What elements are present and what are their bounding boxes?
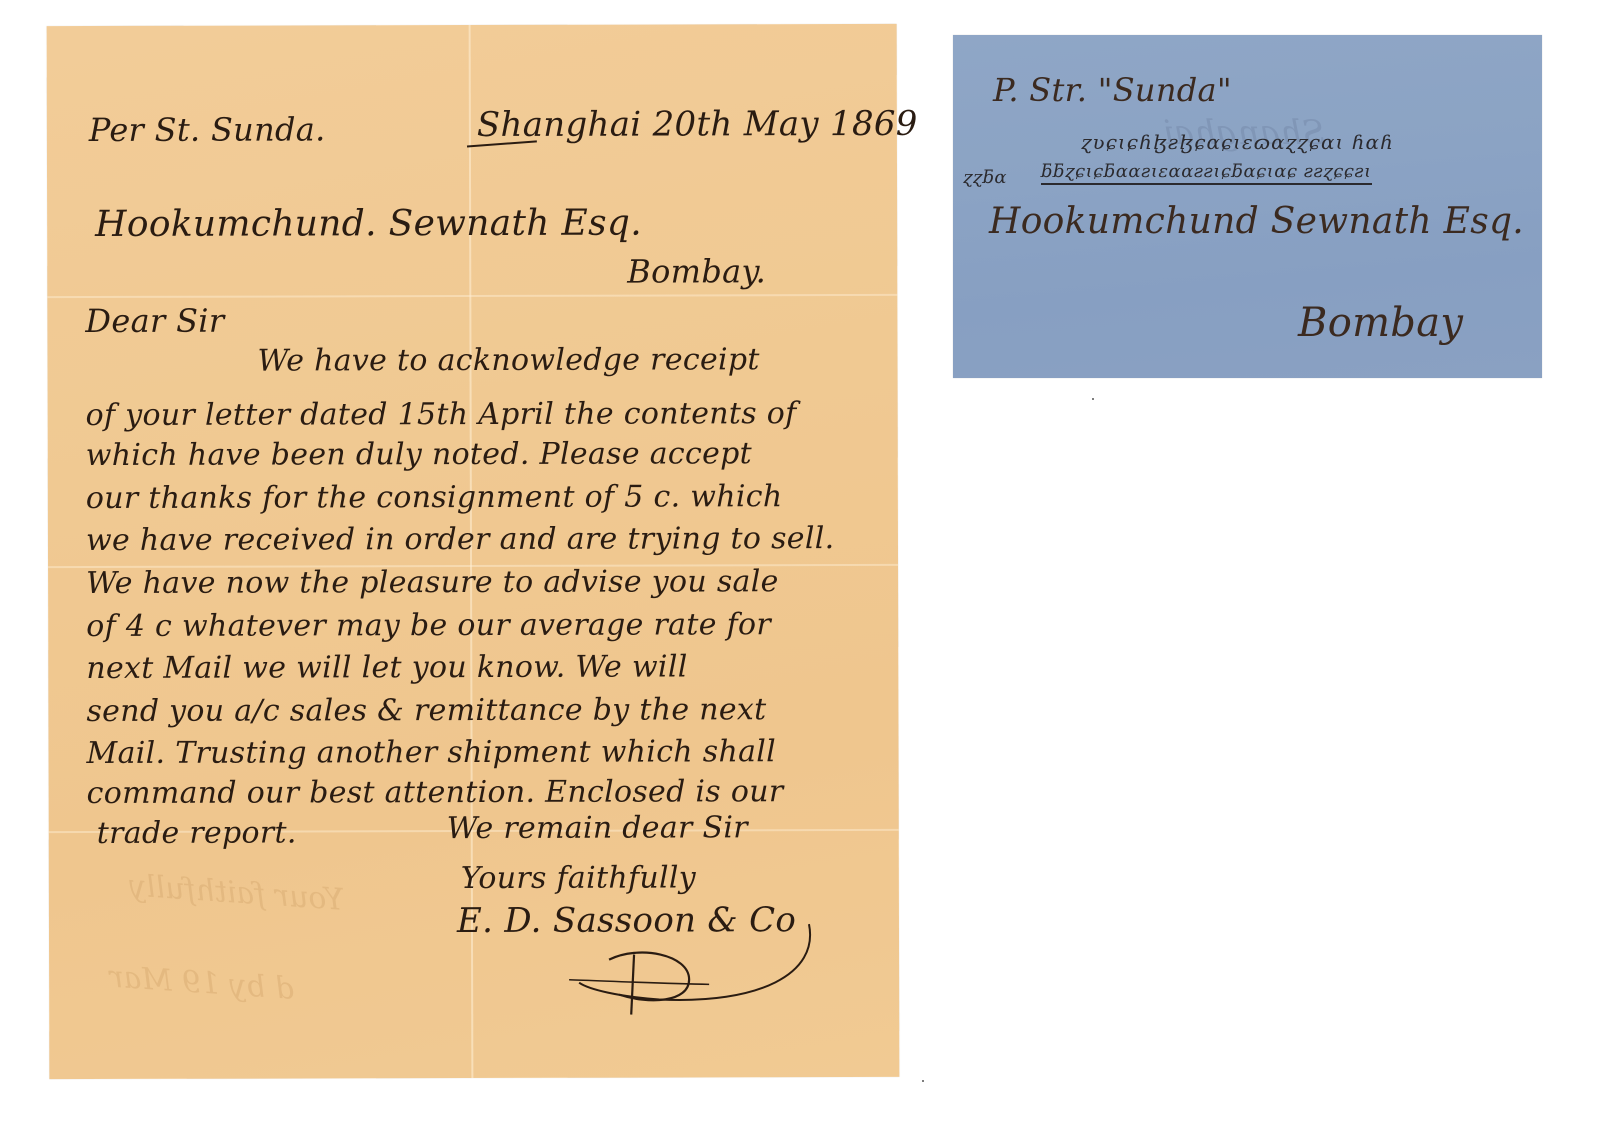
envelope-script-line: ƃƃɀɕɩɕƃɑɑƨɩɛɑɑƨƨɩɕƃɑɕɩɑɕ ƨƨɀɕɕƨɩ (1041, 161, 1372, 185)
signature-flourish-icon (539, 884, 819, 1025)
letter-salutation: Dear Sir (85, 302, 224, 340)
envelope-side-mark: ɀɀƃɑ (963, 167, 1007, 188)
letter-body-line: command our best attention. Enclosed is … (87, 774, 784, 811)
letter-body-line: trade report. (97, 815, 297, 851)
speck (922, 1080, 924, 1082)
letter-body-line: we have received in order and are trying… (86, 521, 835, 558)
envelope-ship-line: P. Str. "Sunda" (993, 71, 1232, 109)
envelope: Shanghai P. Str. "Sunda" ɀʋɕɩɕɦɮƨɮɕɑɕɩɛɷ… (953, 35, 1542, 378)
letter-closing: We remain dear Sir (447, 810, 748, 846)
letter-body-line: We have now the pleasure to advise you s… (86, 564, 779, 601)
letter-body-line: which have been duly noted. Please accep… (86, 436, 752, 473)
speck (1092, 398, 1094, 400)
bleed-through-text: Your faithfully (128, 868, 345, 917)
letter-body-line: send you a/c sales & remittance by the n… (86, 692, 766, 729)
letter-body-line: We have to acknowledge receipt (257, 342, 759, 378)
letter-body-line: of your letter dated 15th April the cont… (86, 396, 797, 433)
envelope-script-line: ɀʋɕɩɕɦɮƨɮɕɑɕɩɛɷɑɀɀɕɑɩ ɦɑɦ (1081, 130, 1394, 154)
letter-city: Bombay. (627, 252, 766, 290)
letter-body-line: our thanks for the consignment of 5 c. w… (86, 479, 783, 516)
letter-place-date: Shanghai 20th May 1869 (477, 104, 918, 145)
letter-body-line: next Mail we will let you know. We will (86, 649, 687, 686)
bleed-through-text: d by 19 Mar (108, 960, 295, 1007)
letter-body-line: of 4 c whatever may be our average rate … (86, 607, 771, 644)
letter-page: Your faithfully d by 19 Mar Per St. Sund… (47, 24, 900, 1079)
letter-ship-line: Per St. Sunda. (89, 110, 326, 149)
fold-line-horizontal (47, 294, 897, 298)
envelope-city: Bombay (1298, 300, 1463, 346)
letter-addressee: Hookumchund. Sewnath Esq. (95, 203, 642, 245)
letter-body-line: Mail. Trusting another shipment which sh… (86, 734, 776, 771)
envelope-addressee: Hookumchund Sewnath Esq. (989, 201, 1524, 242)
